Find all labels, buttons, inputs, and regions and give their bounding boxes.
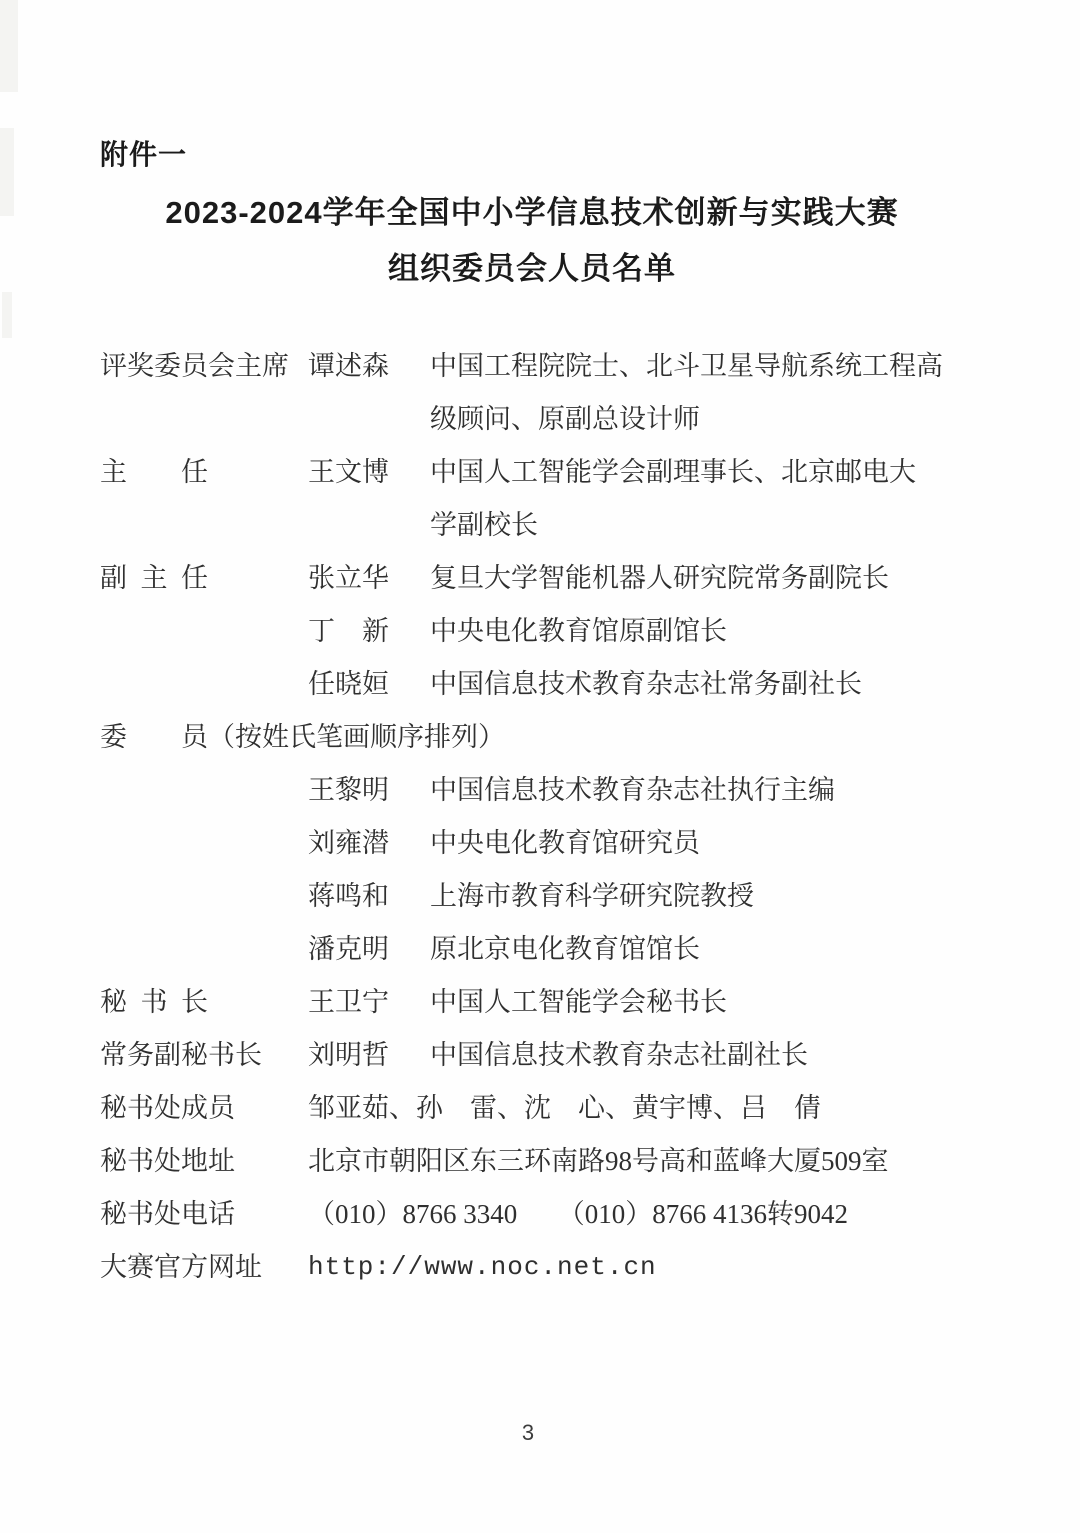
person-name: 蒋鸣和 [308,870,430,923]
person-name: 王文博 [308,446,430,499]
committee-row: 蒋鸣和上海市教育科学研究院教授 [100,870,970,923]
description-line: 复旦大学智能机器人研究院常务副院长 [430,552,952,605]
role-description: 中央电化教育馆研究员 [430,817,952,870]
person-name: 王黎明 [308,764,430,817]
role-description: 复旦大学智能机器人研究院常务副院长 [430,552,952,605]
person-name: 潘克明 [308,923,430,976]
page-number: 3 [0,1420,1056,1446]
role-label: 常务副秘书长 [100,1029,308,1082]
role-label: 大赛官方网址 [100,1241,308,1294]
description-line: 学副校长 [430,499,952,552]
person-name: 任晓姮 [308,658,430,711]
person-name: 王卫宁 [308,976,430,1029]
role-description: 原北京电化教育馆馆长 [430,923,952,976]
description-line: 中国人工智能学会秘书长 [430,976,952,1029]
scan-artifact [2,292,12,338]
committee-row: 王黎明中国信息技术教育杂志社执行主编 [100,764,970,817]
document-page: 附件一 2023-2024学年全国中小学信息技术创新与实践大赛 组织委员会人员名… [0,0,1080,1533]
description-line: 中央电化教育馆研究员 [430,817,952,870]
scan-artifact [0,0,18,92]
committee-list: 评奖委员会主席谭述森中国工程院院士、北斗卫星导航系统工程高级顾问、原副总设计师主… [100,340,970,1294]
committee-row: 任晓姮中国信息技术教育杂志社常务副社长 [100,658,970,711]
role-description: 中国信息技术教育杂志社执行主编 [430,764,952,817]
role-description: 中国信息技术教育杂志社常务副社长 [430,658,952,711]
role-description: 中央电化教育馆原副馆长 [430,605,952,658]
committee-row: 秘 书 长王卫宁中国人工智能学会秘书长 [100,976,970,1029]
committee-row: 秘书处成员邹亚茹、孙 雷、沈 心、黄宇博、吕 倩 [100,1082,970,1135]
committee-row: 大赛官方网址http://www.noc.net.cn [100,1241,970,1294]
description-line: 中国信息技术教育杂志社常务副社长 [430,658,952,711]
committee-row: 潘克明原北京电化教育馆馆长 [100,923,970,976]
role-label: 副 主 任 [100,552,308,605]
committee-row: 常务副秘书长刘明哲中国信息技术教育杂志社副社长 [100,1029,970,1082]
description-line: 中国信息技术教育杂志社执行主编 [430,764,952,817]
committee-row: 评奖委员会主席谭述森中国工程院院士、北斗卫星导航系统工程高级顾问、原副总设计师 [100,340,970,446]
person-name: 张立华 [308,552,430,605]
role-label: 秘书处电话 [100,1188,308,1241]
description-line: 中国工程院院士、北斗卫星导航系统工程高 [430,340,952,393]
description-line: 原北京电化教育馆馆长 [430,923,952,976]
role-label: 主 任 [100,446,308,499]
committee-row: 主 任王文博中国人工智能学会副理事长、北京邮电大学副校长 [100,446,970,552]
section-label: 委 员（按姓氏笔画顺序排列） [100,711,505,764]
role-description: 中国工程院院士、北斗卫星导航系统工程高级顾问、原副总设计师 [430,340,952,446]
person-name: 刘明哲 [308,1029,430,1082]
description-line: 中国人工智能学会副理事长、北京邮电大 [430,446,952,499]
row-content: （010）8766 3340 （010）8766 4136转9042 [308,1188,970,1241]
description-line: 中国信息技术教育杂志社副社长 [430,1029,952,1082]
role-description: 中国信息技术教育杂志社副社长 [430,1029,952,1082]
committee-row: 秘书处电话（010）8766 3340 （010）8766 4136转9042 [100,1188,970,1241]
description-line: 中央电化教育馆原副馆长 [430,605,952,658]
role-description: 中国人工智能学会副理事长、北京邮电大学副校长 [430,446,952,552]
committee-row: 副 主 任张立华复旦大学智能机器人研究院常务副院长 [100,552,970,605]
document-title-line1: 2023-2024学年全国中小学信息技术创新与实践大赛 [0,194,1064,232]
committee-row: 刘雍潜中央电化教育馆研究员 [100,817,970,870]
description-line: 级顾问、原副总设计师 [430,393,952,446]
role-label: 秘 书 长 [100,976,308,1029]
role-label: 评奖委员会主席 [100,340,308,393]
role-description: 中国人工智能学会秘书长 [430,976,952,1029]
attachment-label: 附件一 [100,138,187,172]
person-name: 谭述森 [308,340,430,393]
person-name: 刘雍潜 [308,817,430,870]
role-label: 秘书处地址 [100,1135,308,1188]
description-line: 上海市教育科学研究院教授 [430,870,952,923]
row-content: 邹亚茹、孙 雷、沈 心、黄宇博、吕 倩 [308,1082,970,1135]
role-description: 上海市教育科学研究院教授 [430,870,952,923]
committee-row: 秘书处地址北京市朝阳区东三环南路98号高和蓝峰大厦509室 [100,1135,970,1188]
document-title-line2: 组织委员会人员名单 [0,250,1064,288]
committee-section-row: 委 员（按姓氏笔画顺序排列） [100,711,970,764]
role-label: 秘书处成员 [100,1082,308,1135]
committee-row: 丁 新中央电化教育馆原副馆长 [100,605,970,658]
row-content: 北京市朝阳区东三环南路98号高和蓝峰大厦509室 [308,1135,970,1188]
person-name: 丁 新 [308,605,430,658]
official-website-url: http://www.noc.net.cn [308,1241,970,1294]
